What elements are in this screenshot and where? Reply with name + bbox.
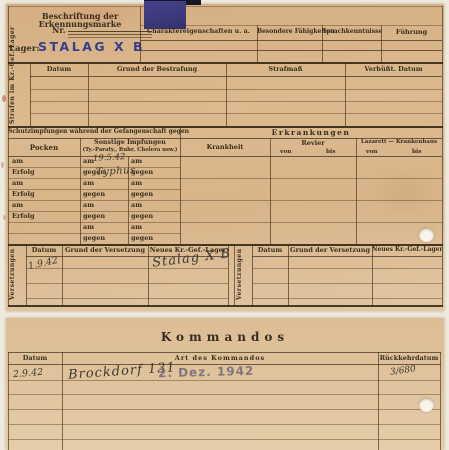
- row-label: Erfolg: [12, 169, 35, 176]
- column-header-conduct: Führung: [381, 29, 442, 36]
- row-label: gegen: [131, 191, 153, 198]
- handwritten-vaccination-date: 19.5.42: [93, 152, 126, 164]
- ink-speck: [3, 215, 6, 220]
- row-label: gegen: [83, 235, 105, 242]
- grid-line: [30, 89, 442, 90]
- row-label: gegen: [83, 213, 105, 220]
- row-label: gegen: [83, 191, 105, 198]
- grid-line: [440, 352, 441, 450]
- grid-line: [140, 40, 442, 41]
- row-label: am: [12, 158, 23, 165]
- row-label: am: [131, 224, 142, 231]
- section-title-vaccinations: Schutzimpfungen während der Gefangenscha…: [8, 129, 180, 135]
- grid-line: [252, 283, 442, 284]
- row-label: Erfolg: [12, 191, 35, 198]
- row-label: am: [131, 158, 142, 165]
- column-header-special-abilities: Besondere Fähigkeiten: [257, 29, 322, 35]
- grid-line: [442, 6, 443, 305]
- column-header-return-date: Rückkehrdatum: [378, 355, 440, 362]
- row-label: am: [131, 202, 142, 209]
- grid-line: [8, 200, 180, 201]
- section-title-kommandos: Kommandos: [6, 331, 444, 344]
- column-header-language-skills: Sprachkenntnisse: [322, 29, 381, 35]
- grid-line: [80, 138, 81, 244]
- grid-line: [8, 424, 440, 425]
- grid-line: [30, 76, 442, 77]
- date-stamp: 2. Dez. 1942: [158, 364, 255, 381]
- column-header-date: Datum: [252, 247, 288, 254]
- to-label: bis: [412, 149, 422, 155]
- pow-record-card: Beschriftung der Erkennungsmarke Nr. Lag…: [6, 4, 444, 311]
- row-label: am: [83, 180, 94, 187]
- row-label: am: [83, 202, 94, 209]
- column-header-hospital: Lazarett — Krankenhaus: [356, 140, 442, 146]
- kommandos-card: Kommandos Datum Art des Kommandos Rückke…: [6, 318, 444, 450]
- grid-line: [26, 298, 228, 299]
- grid-line: [8, 305, 443, 307]
- grid-line: [8, 409, 440, 410]
- from-label: von: [366, 149, 377, 155]
- grid-line: [8, 178, 180, 179]
- grid-line: [180, 222, 442, 223]
- row-label: Erfolg: [12, 213, 35, 220]
- vertical-label-transfers: Versetzungen: [10, 246, 24, 303]
- grid-line: [378, 352, 379, 450]
- handwritten-vaccination-against: Typhus: [96, 165, 136, 178]
- grid-line: [356, 138, 357, 244]
- censor-patch: [144, 1, 186, 29]
- grid-line: [8, 352, 9, 450]
- row-label: am: [12, 202, 23, 209]
- ink-speck: [1, 162, 4, 168]
- grid-line: [26, 268, 228, 269]
- column-header-transfer-reason: Grund der Versetzung: [62, 247, 148, 254]
- column-header-illness: Krankheit: [180, 144, 270, 151]
- tag-inscription-title: Beschriftung der Erkennungsmarke: [16, 12, 144, 29]
- grid-line: [180, 178, 442, 179]
- handwritten-transfer-date: 1.9.42: [27, 255, 59, 272]
- column-header-kommando-type: Art des Kommandos: [62, 355, 378, 362]
- row-label: am: [12, 180, 23, 187]
- camp-stamp: STALAG X B: [38, 39, 145, 54]
- column-header-date: Datum: [30, 66, 88, 73]
- vertical-label-transfers: Versetzungen: [237, 246, 251, 303]
- from-label: von: [280, 149, 291, 155]
- vertical-label-punishments: Strafen im Kr.-Gef.-Lager: [10, 64, 28, 124]
- grid-line: [8, 222, 180, 223]
- handwritten-kommando-date: 2.9.42: [13, 367, 44, 381]
- grid-line: [252, 256, 442, 257]
- column-header-smallpox: Pocken: [8, 144, 80, 151]
- grid-line: [62, 352, 63, 450]
- row-label: gegen: [131, 235, 153, 242]
- grid-line: [252, 298, 442, 299]
- grid-line: [180, 200, 442, 201]
- column-header-character-traits: Charaktereigenschaften u. a.: [140, 29, 257, 36]
- column-header-date: Datum: [8, 355, 62, 362]
- row-label: gegen: [131, 213, 153, 220]
- column-header-transfer-reason: Grund der Versetzung: [288, 247, 372, 254]
- grid-line: [140, 50, 442, 51]
- ink-speck: [2, 95, 6, 102]
- grid-line: [270, 138, 271, 244]
- row-label: am: [83, 224, 94, 231]
- section-title-illnesses: Erkrankungen: [180, 129, 442, 137]
- column-header-sickbay: Revier: [270, 140, 356, 147]
- column-header-other-vaccinations: Sonstige Impfungen: [80, 140, 180, 147]
- grid-line: [252, 268, 442, 269]
- punch-hole: [419, 398, 434, 412]
- column-header-punishment-reason: Grund der Bestrafung: [88, 66, 226, 73]
- grid-line: [8, 352, 441, 353]
- column-header-date: Datum: [26, 247, 62, 254]
- grid-line: [234, 244, 235, 305]
- grid-line: [30, 113, 442, 114]
- grid-line: [180, 156, 442, 157]
- grid-line: [8, 394, 440, 395]
- tag-number-label: Nr.: [52, 26, 66, 34]
- handwritten-return-number: 3/680: [389, 364, 416, 378]
- punch-hole: [419, 228, 434, 242]
- column-header-new-camp: Neues Kr.-Gef.-Lager: [372, 247, 442, 253]
- grid-line: [8, 439, 440, 440]
- column-header-punishment-degree: Strafmaß: [226, 66, 345, 73]
- row-label: am: [131, 180, 142, 187]
- grid-line: [8, 6, 442, 7]
- column-header-served-date: Verbüßt. Datum: [345, 66, 442, 73]
- to-label: bis: [326, 149, 336, 155]
- grid-line: [26, 283, 228, 284]
- grid-line: [30, 101, 442, 102]
